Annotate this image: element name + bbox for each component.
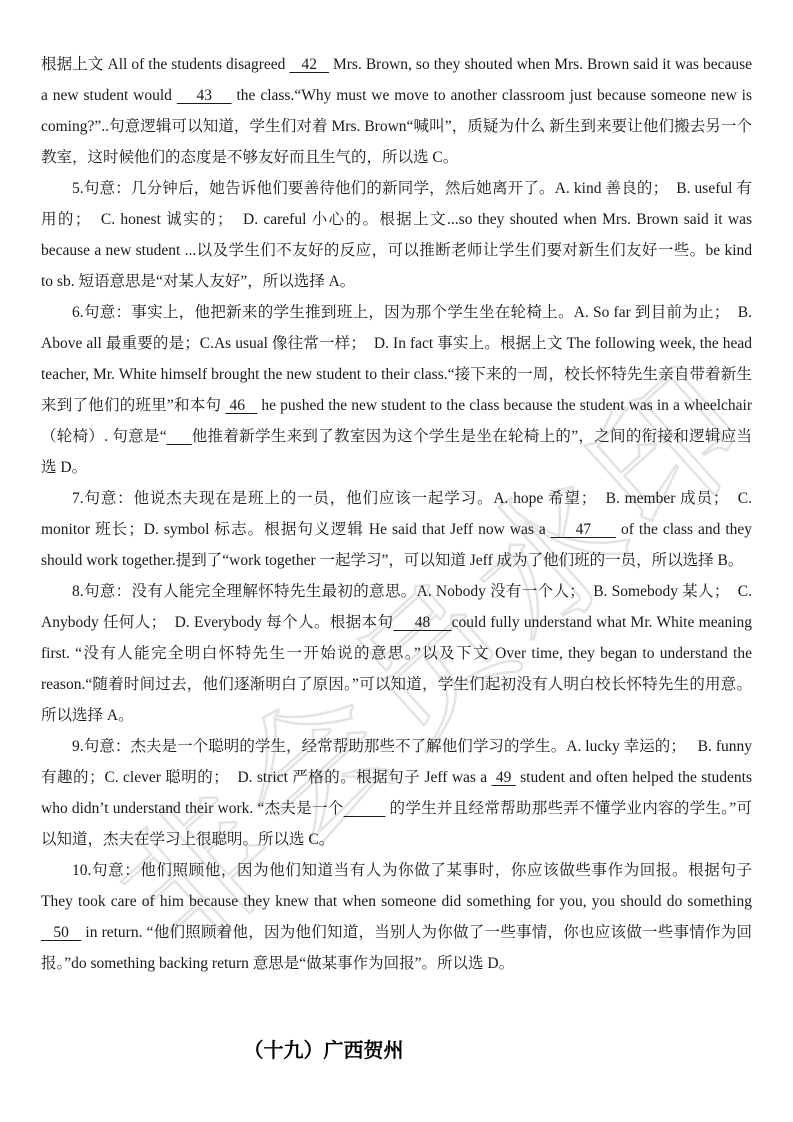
explanation-6: 6.句意：事实上，他把新来的学生推到班上，因为那个学生坐在轮椅上。A. So f… bbox=[41, 297, 752, 483]
blank-empty bbox=[344, 800, 386, 817]
blank-48: 48 bbox=[393, 614, 451, 631]
blank-49: 49 bbox=[492, 769, 516, 786]
text-run: in return. “他们照顾着他，因为他们知道，当别人为你做了一些事情，你也… bbox=[41, 924, 752, 972]
explanation-7: 7.句意：他说杰夫现在是班上的一员，他们应该一起学习。A. hope 希望； B… bbox=[41, 483, 752, 576]
blank-46: 46 bbox=[225, 397, 257, 414]
blank-43: 43 bbox=[177, 87, 232, 104]
explanation-10: 10.句意：他们照顾他，因为他们知道当有人为你做了某事时，你应该做些事作为回报。… bbox=[41, 855, 752, 979]
text-run: 10.句意：他们照顾他，因为他们知道当有人为你做了某事时，你应该做些事作为回报。… bbox=[41, 862, 752, 910]
document-page: 非会员水印 根据上文 All of the students disagreed… bbox=[0, 0, 793, 1122]
blank-empty bbox=[167, 428, 192, 445]
explanation-8: 8.句意：没有人能完全理解怀特先生最初的意思。A. Nobody 没有一个人； … bbox=[41, 576, 752, 731]
explanation-9: 9.句意：杰夫是一个聪明的学生，经常帮助那些不了解他们学习的学生。A. luck… bbox=[41, 731, 752, 855]
document-body: 根据上文 All of the students disagreed 42 Mr… bbox=[41, 49, 752, 1068]
explanation-5: 5.句意：几分钟后，她告诉他们要善待他们的新同学，然后她离开了。A. kind … bbox=[41, 173, 752, 297]
blank-47: 47 bbox=[551, 521, 616, 538]
text-run: 根据上文 All of the students disagreed bbox=[41, 56, 289, 73]
blank-50: 50 bbox=[41, 924, 81, 941]
section-heading: （十九）广西贺州 bbox=[41, 1035, 606, 1068]
text-run: 5.句意：几分钟后，她告诉他们要善待他们的新同学，然后她离开了。A. kind … bbox=[41, 180, 752, 290]
blank-42: 42 bbox=[289, 56, 329, 73]
explanation-42-43: 根据上文 All of the students disagreed 42 Mr… bbox=[41, 49, 752, 173]
